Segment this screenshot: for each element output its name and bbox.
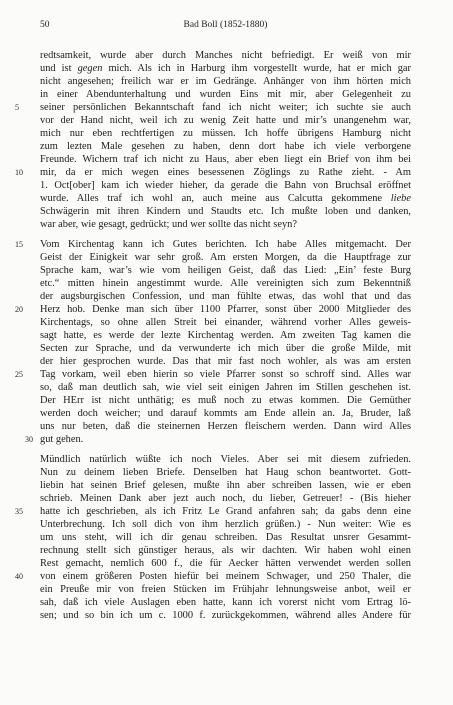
text-line: sagt hatte, es werde der lezte Kirchenta… xyxy=(40,329,411,342)
text-segment: um uns steht, will ich dir genau schreib… xyxy=(40,532,411,543)
text-body: redtsamkeit, wurde aber durch Manches ni… xyxy=(40,49,411,622)
text-segment: in einer Abendunterhaltung und wurden Ei… xyxy=(40,89,411,100)
text-segment: uns nur beten, daß die steinernen Herzen… xyxy=(40,421,411,432)
text-segment: Vom Kirchentag kann ich Gutes berichten.… xyxy=(40,239,411,250)
italic-text-segment: liebe xyxy=(391,193,411,204)
text-line: Freunde. Wichern traf ich nicht zu Haus,… xyxy=(40,153,411,166)
text-line: 1. Oct[ober] kam ich wieder hieher, da g… xyxy=(40,179,411,192)
text-line: Nun zu deinem lieben Briefe. Denselben h… xyxy=(40,466,411,479)
text-segment: Sprache kam, war’s wie vom heiligen Geis… xyxy=(40,265,411,276)
text-segment: war aber, wie gesagt, gedrückt; und wer … xyxy=(40,219,297,230)
text-line: sen; und so bin ich um c. 1000 f. zurück… xyxy=(40,609,411,622)
text-line: 15Vom Kirchentag kann ich Gutes berichte… xyxy=(40,238,411,251)
margin-line-number: 10 xyxy=(15,167,33,179)
text-segment: mich. Als ich in Harburg ihm vorgestellt… xyxy=(102,63,411,74)
text-segment: Unterbrechung. Ich soll dich von ihm her… xyxy=(40,519,411,530)
text-segment: Kirchentags, so ohne allen Streit bei ei… xyxy=(40,317,411,328)
margin-line-number: 40 xyxy=(15,571,33,583)
margin-line-number: 15 xyxy=(15,239,33,251)
text-line: 35hatte ich geschrieben, als ich Fritz L… xyxy=(40,505,411,518)
italic-text-segment: gegen xyxy=(78,63,103,74)
text-segment: nicht angesehen; freilich war er im Gedr… xyxy=(40,76,411,87)
text-line: Kirchentags, so ohne allen Streit bei ei… xyxy=(40,316,411,329)
margin-line-number: 30 xyxy=(15,434,33,446)
text-segment: schrieb. Meinen Dank aber jezt auch noch… xyxy=(40,493,411,504)
text-line: der augsburgischen Confession, und man f… xyxy=(40,290,411,303)
text-segment: Geist der Einigkeit war sehr groß. Am er… xyxy=(40,252,411,263)
text-line: liebin hat seinen Brief gelesen, mußte i… xyxy=(40,479,411,492)
margin-line-number: 20 xyxy=(15,304,33,316)
text-line: ein Preuße mir von freien Stücken im Frü… xyxy=(40,583,411,596)
text-line: 30gut gehen. xyxy=(40,433,411,446)
margin-line-number: 35 xyxy=(15,506,33,518)
text-line: Schwägerin mit ihren Kindern und Staudts… xyxy=(40,205,411,218)
text-line: 10mir, da er mich wegen eines besessenen… xyxy=(40,166,411,179)
text-line: in einer Abendunterhaltung und wurden Ei… xyxy=(40,88,411,101)
text-line: Geist der Einigkeit war sehr groß. Am er… xyxy=(40,251,411,264)
text-line: 5seiner persönlichen Bekanntschaft fand … xyxy=(40,101,411,114)
text-segment: und ist xyxy=(40,63,78,74)
text-line: 40von einem größeren Posten hiefür bei m… xyxy=(40,570,411,583)
text-segment: sen; und so bin ich um c. 1000 f. zurück… xyxy=(40,610,411,621)
text-segment: Secten zur Sprache, und da verwunderte i… xyxy=(40,343,411,354)
text-segment: 1. Oct[ober] kam ich wieder hieher, da g… xyxy=(40,180,411,191)
text-line: Sprache kam, war’s wie vom heiligen Geis… xyxy=(40,264,411,277)
text-segment: hatte ich geschrieben, als ich Fritz Le … xyxy=(40,506,411,517)
paragraph: Mündlich natürlich wüßte ich noch Vieles… xyxy=(40,453,411,622)
text-line: war aber, wie gesagt, gedrückt; und wer … xyxy=(40,218,411,231)
paragraph: redtsamkeit, wurde aber durch Manches ni… xyxy=(40,49,411,231)
text-line: 20Herz hob. Denke man sich über 1100 Pfa… xyxy=(40,303,411,316)
text-line: vor der Hand nicht, weil ich zu wenig Ze… xyxy=(40,114,411,127)
text-segment: Mündlich natürlich wüßte ich noch Vieles… xyxy=(40,454,411,465)
book-page: 50 Bad Boll (1852-1880) redtsamkeit, wur… xyxy=(0,0,453,705)
text-line: wurde. Alles traf ich wohl an, auch mein… xyxy=(40,192,411,205)
text-segment: Herz hob. Denke man sich über 1100 Pfarr… xyxy=(40,304,411,315)
text-line: werden doch weicher; und darauf kommts a… xyxy=(40,407,411,420)
text-line: so, daß man deutlich sah, wie viel seit … xyxy=(40,381,411,394)
text-line: und ist gegen mich. Als ich in Harburg i… xyxy=(40,62,411,75)
text-segment: wurde. Alles traf ich wohl an, auch mein… xyxy=(40,193,391,204)
text-segment: mir, da er mich wegen eines besessenen Z… xyxy=(40,167,411,178)
text-line: 25Tag vorkam, weil eben hierin so viele … xyxy=(40,368,411,381)
text-segment: mich nur eben rechtfertigen zu müssen. I… xyxy=(40,128,411,139)
text-line: nicht angesehen; freilich war er im Gedr… xyxy=(40,75,411,88)
margin-line-number: 5 xyxy=(15,102,33,114)
text-segment: zum lezten Male gesehen zu haben, denn d… xyxy=(40,141,411,152)
text-segment: seiner persönlichen Bekanntschaft fand i… xyxy=(40,102,411,113)
text-segment: Nun zu deinem lieben Briefe. Denselben h… xyxy=(40,467,411,478)
text-segment: liebin hat seinen Brief gelesen, mußte i… xyxy=(40,480,411,491)
text-segment: der augsburgischen Confession, und man f… xyxy=(40,291,411,302)
text-line: sah, daß ich viele Auslagen eben hatte, … xyxy=(40,596,411,609)
text-segment: Tag vorkam, weil eben hierin so viele Pf… xyxy=(40,369,411,380)
page-header: 50 Bad Boll (1852-1880) xyxy=(40,19,411,32)
text-segment: etc.“ mitten hinein angestimmt wurde. Al… xyxy=(40,278,411,289)
text-line: rechnung stellt sich günstiger heraus, a… xyxy=(40,544,411,557)
text-segment: redtsamkeit, wurde aber durch Manches ni… xyxy=(40,50,411,61)
text-segment: sah, daß ich viele Auslagen eben hatte, … xyxy=(40,597,411,608)
text-segment: rechnung stellt sich günstiger heraus, a… xyxy=(40,545,411,556)
margin-line-number: 25 xyxy=(15,369,33,381)
text-line: Rest gemacht, nemlich 600 f., die für Ae… xyxy=(40,557,411,570)
text-line: mich nur eben rechtfertigen zu müssen. I… xyxy=(40,127,411,140)
text-segment: gut gehen. xyxy=(40,434,83,445)
text-line: etc.“ mitten hinein angestimmt wurde. Al… xyxy=(40,277,411,290)
text-line: Mündlich natürlich wüßte ich noch Vieles… xyxy=(40,453,411,466)
running-title: Bad Boll (1852-1880) xyxy=(40,19,411,32)
text-segment: Rest gemacht, nemlich 600 f., die für Ae… xyxy=(40,558,411,569)
text-segment: von einem größeren Posten hiefür bei mei… xyxy=(40,571,411,582)
text-segment: Freunde. Wichern traf ich nicht zu Haus,… xyxy=(40,154,411,165)
text-segment: Der HErr ist nicht unthätig; es muß noch… xyxy=(40,395,411,406)
text-line: Unterbrechung. Ich soll dich von ihm her… xyxy=(40,518,411,531)
text-line: der hier gesprochen wurde. Das that mir … xyxy=(40,355,411,368)
text-segment: sagt hatte, es werde der lezte Kirchenta… xyxy=(40,330,411,341)
text-line: um uns steht, will ich dir genau schreib… xyxy=(40,531,411,544)
text-line: zum lezten Male gesehen zu haben, denn d… xyxy=(40,140,411,153)
text-line: Secten zur Sprache, und da verwunderte i… xyxy=(40,342,411,355)
text-segment: Schwägerin mit ihren Kindern und Staudts… xyxy=(40,206,411,217)
text-segment: der hier gesprochen wurde. Das that mir … xyxy=(40,356,411,367)
text-line: Der HErr ist nicht unthätig; es muß noch… xyxy=(40,394,411,407)
text-segment: so, daß man deutlich sah, wie viel seit … xyxy=(40,382,411,393)
text-line: redtsamkeit, wurde aber durch Manches ni… xyxy=(40,49,411,62)
text-segment: vor der Hand nicht, weil ich zu wenig Ze… xyxy=(40,115,411,126)
text-segment: ein Preuße mir von freien Stücken im Frü… xyxy=(40,584,411,595)
text-line: schrieb. Meinen Dank aber jezt auch noch… xyxy=(40,492,411,505)
text-segment: werden doch weicher; und darauf kommts a… xyxy=(40,408,411,419)
paragraph: 15Vom Kirchentag kann ich Gutes berichte… xyxy=(40,238,411,446)
text-line: uns nur beten, daß die steinernen Herzen… xyxy=(40,420,411,433)
